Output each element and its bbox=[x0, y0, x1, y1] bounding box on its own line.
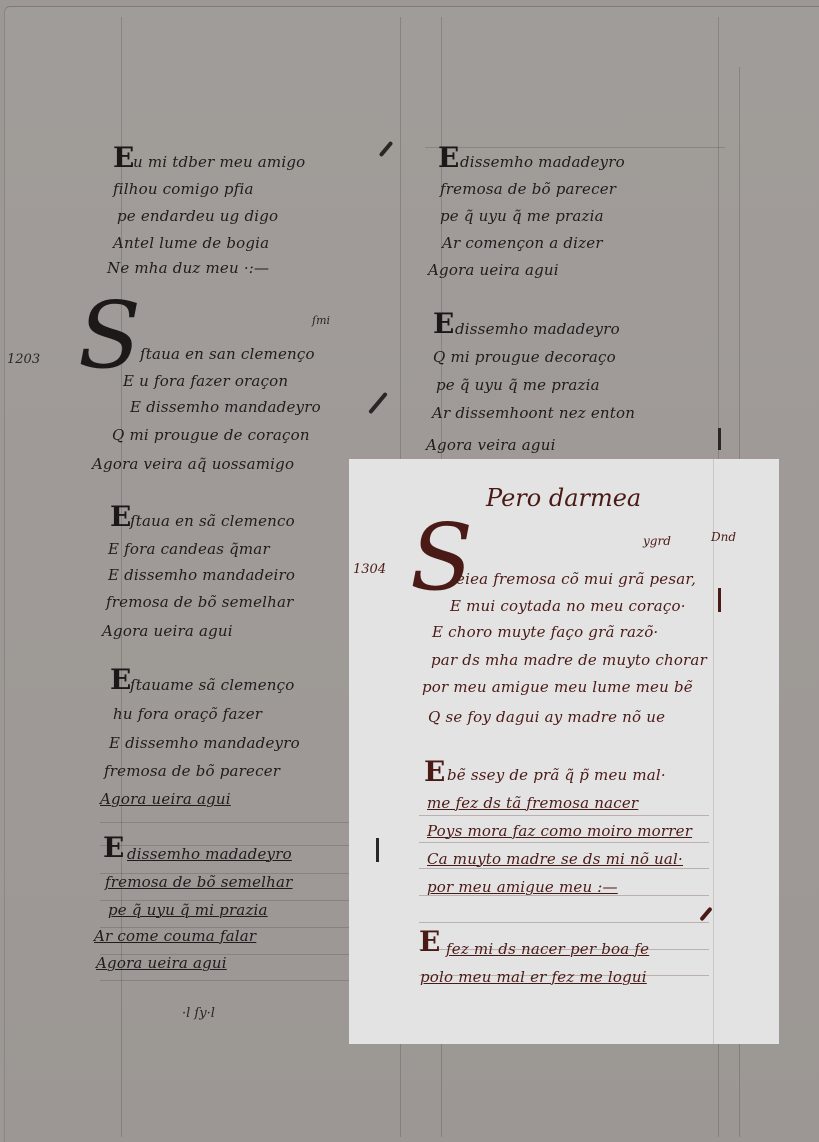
ruling-line bbox=[425, 147, 725, 148]
poem-number: 1304 bbox=[353, 562, 386, 577]
verse-line: E dissemho mandadeyro bbox=[109, 734, 300, 752]
verse-line: Q mi prougue de coraçon bbox=[112, 426, 310, 444]
ruling-line bbox=[100, 980, 385, 981]
verse-line: u mi tdber meu amigo bbox=[133, 153, 305, 171]
verse-line: Agora ueira agui bbox=[102, 622, 233, 640]
ruling-line bbox=[713, 459, 714, 1044]
verse-line: pe q̃ uyu q̃ mi prazia bbox=[108, 901, 268, 919]
verse-line: fez mi ds nacer per boa fe bbox=[446, 940, 649, 958]
verse-line: Agora ueira agui bbox=[100, 790, 231, 808]
verse-line: fremosa de bõ semelhar bbox=[105, 873, 293, 891]
verse-line: Ar come couma falar bbox=[94, 927, 256, 945]
verse-line: hu fora oraçõ fazer bbox=[113, 705, 262, 723]
verse-line: Agora ueira agui bbox=[96, 954, 227, 972]
verse-line: dissemho madadeyro bbox=[460, 153, 625, 171]
verse-line: dissemho madadeyro bbox=[127, 845, 292, 863]
initial-letter: E bbox=[433, 310, 454, 338]
verse-line: fremosa de bõ parecer bbox=[440, 180, 616, 198]
verse-line: me fez ds tã fremosa nacer bbox=[427, 794, 638, 812]
verse-line: bẽ ssey de prã q̃ p̃ meu mal· bbox=[447, 766, 666, 784]
margin-note: Dnd bbox=[711, 530, 736, 544]
verse-line: Agora veira aq̃ uossamigo bbox=[92, 455, 294, 473]
ruling-line bbox=[419, 815, 709, 816]
margin-note: ſmi bbox=[312, 314, 330, 327]
verse-line: dissemho madadeyro bbox=[455, 320, 620, 338]
verse-line: E fora candeas q̃mar bbox=[108, 540, 270, 558]
verse-line: par ds mha madre de muyto chorar bbox=[431, 651, 707, 669]
verse-line: E dissemho mandadeyro bbox=[130, 398, 321, 416]
margin-note: ygrd bbox=[643, 534, 671, 548]
decorated-initial: S bbox=[410, 512, 473, 604]
initial-letter: E bbox=[438, 144, 459, 172]
verse-line: filhou comigo pfia bbox=[113, 180, 254, 198]
verse-line: Ne mha duz meu ·:— bbox=[107, 259, 269, 277]
verse-line: E u fora fazer oraçon bbox=[123, 372, 288, 390]
verse-line: fremosa de bõ semelhar bbox=[106, 593, 294, 611]
verse-line: Agora ueira agui bbox=[428, 261, 559, 279]
initial-letter: E bbox=[110, 503, 131, 531]
verse-line: E mui coytada no meu coraço· bbox=[450, 597, 686, 615]
verse-line: E choro muyte faço grã razõ· bbox=[432, 623, 658, 641]
margin-bracket-mark bbox=[718, 588, 721, 612]
initial-letter: E bbox=[424, 758, 445, 786]
verse-line: Ar començon a dizer bbox=[442, 234, 603, 252]
margin-bracket-mark bbox=[718, 428, 721, 450]
verse-line: ſtaua en san clemenço bbox=[140, 345, 315, 363]
initial-letter: E bbox=[419, 928, 440, 956]
verse-line: ſtaua en sã clemenco bbox=[130, 512, 295, 530]
verse-line: eiea fremosa cõ mui grã pesar, bbox=[456, 570, 696, 588]
verse-line: fremosa de bõ parecer bbox=[104, 762, 280, 780]
verse-line: polo meu mal er fez me logui bbox=[420, 968, 647, 986]
verse-line: por meu amigue meu :— bbox=[427, 878, 618, 896]
initial-letter: E bbox=[110, 666, 131, 694]
decorated-initial: S bbox=[78, 290, 141, 382]
verse-line: Q se foy dagui ay madre nõ ue bbox=[428, 708, 665, 726]
initial-letter: E bbox=[113, 144, 134, 172]
verse-line: por meu amigue meu lume meu bẽ bbox=[422, 678, 693, 696]
verse-line: Agora veira agui bbox=[426, 436, 556, 454]
ruling-line bbox=[419, 922, 709, 923]
verse-line: pe q̃ uyu q̃ me prazia bbox=[440, 207, 604, 225]
verse-line: Antel lume de bogia bbox=[113, 234, 269, 252]
verse-line: Ar dissemhoont nez enton bbox=[432, 404, 635, 422]
poem-number: 1203 bbox=[7, 352, 40, 367]
ruling-line bbox=[419, 868, 709, 869]
verse-line: E dissemho mandadeiro bbox=[108, 566, 295, 584]
verse-line: pe endardeu ug digo bbox=[117, 207, 278, 225]
ruling-line bbox=[419, 842, 709, 843]
verse-line: Poys mora faz como moiro morrer bbox=[427, 822, 692, 840]
footer-note: ·l ſy·l bbox=[182, 1006, 215, 1021]
verse-line: pe q̃ uyu q̃ me prazia bbox=[436, 376, 600, 394]
initial-letter: E bbox=[103, 834, 124, 862]
verse-line: Q mi prougue decoraço bbox=[433, 348, 616, 366]
margin-bracket-mark bbox=[376, 838, 379, 862]
verse-line: Ca muyto madre se ds mi nõ ual· bbox=[427, 850, 683, 868]
ruling-line bbox=[100, 822, 380, 823]
verse-line: ſtauame sã clemenço bbox=[130, 676, 294, 694]
author-heading: Pero darmea bbox=[486, 484, 641, 512]
